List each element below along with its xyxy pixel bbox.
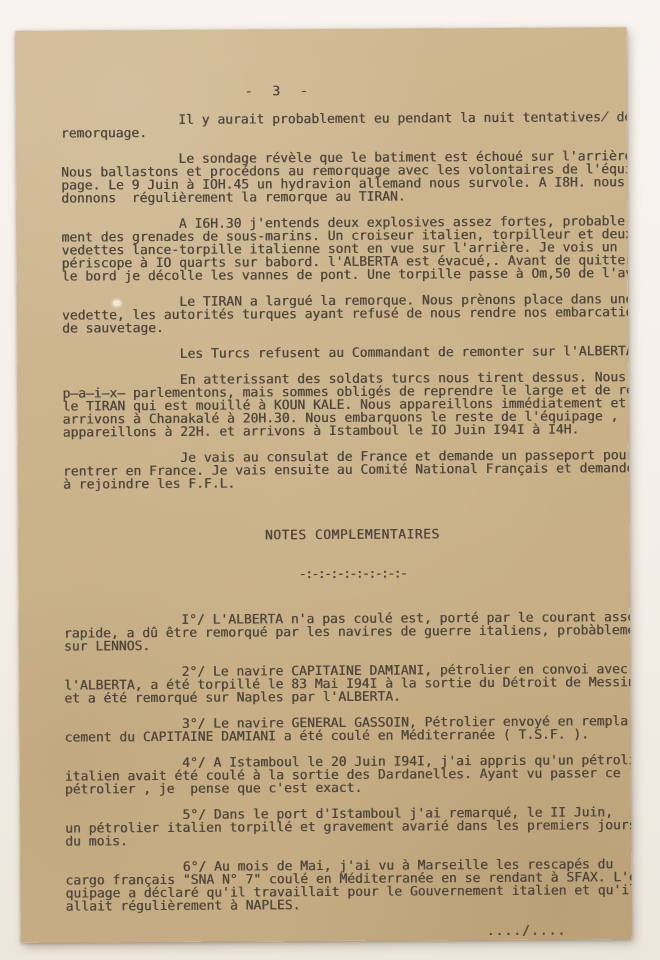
paragraph-soldiers-shooting: En atterissant des soldats turcs nous ti… xyxy=(62,371,631,440)
notes-title: NOTES COMPLEMENTAIRES xyxy=(63,527,632,544)
note-1-alberta-drift: I°/ L'ALBERTA n'a pas coulé est, porté p… xyxy=(64,611,632,654)
paragraph-turks-refusal: Les Turcs refusent au Commandant de remo… xyxy=(62,345,632,362)
notes-heading-rule: -:-:-:-:-:-:-:-:- xyxy=(64,566,632,583)
paragraph-explosions-evacuation: A I6H.30 j'entends deux explosives assez… xyxy=(61,215,631,284)
note-6-sna-7-survivors: 6°/ Au mois de Mai, j'ai vu à Marseille … xyxy=(65,858,631,914)
paragraph-tiran-tow-released: Le TIRAN a largué la remorque. Nous prèn… xyxy=(62,293,632,336)
paragraph-sounding-ballast: Le sondage révèle que le batiment est éc… xyxy=(61,150,632,206)
note-3-general-gassoin: 3°/ Le navire GENERAL GASSOIN, Pétrolier… xyxy=(64,715,631,745)
note-4-istamboul-tanker: 4°/ A Istamboul le 20 Juin I94I, j'ai ap… xyxy=(65,754,632,797)
notes-section-heading: NOTES COMPLEMENTAIRES -:-:-:-:-:-:-:-:- xyxy=(63,501,632,609)
continuation-mark: ..../.... xyxy=(66,924,632,941)
typewritten-text-block: Il y aurait probablement eu pendant la n… xyxy=(61,111,632,941)
paragraph-consulate-ffl: Je vais au consulat de France et demande… xyxy=(63,449,632,492)
scanned-document-view: - 3 - Il y aurait probablement eu pendan… xyxy=(0,0,660,960)
note-5-torpedoed-tanker: 5°/ Dans le port d'Istamboul j'ai remarq… xyxy=(65,806,632,849)
paragraph-towing-attempt: Il y aurait probablement eu pendant la n… xyxy=(61,111,632,141)
note-2-capitaine-damiani: 2°/ Le navire CAPITAINE DAMIANI, pétroli… xyxy=(64,663,632,706)
document-page: - 3 - Il y aurait probablement eu pendan… xyxy=(15,27,632,943)
page-number: - 3 - xyxy=(245,84,314,99)
